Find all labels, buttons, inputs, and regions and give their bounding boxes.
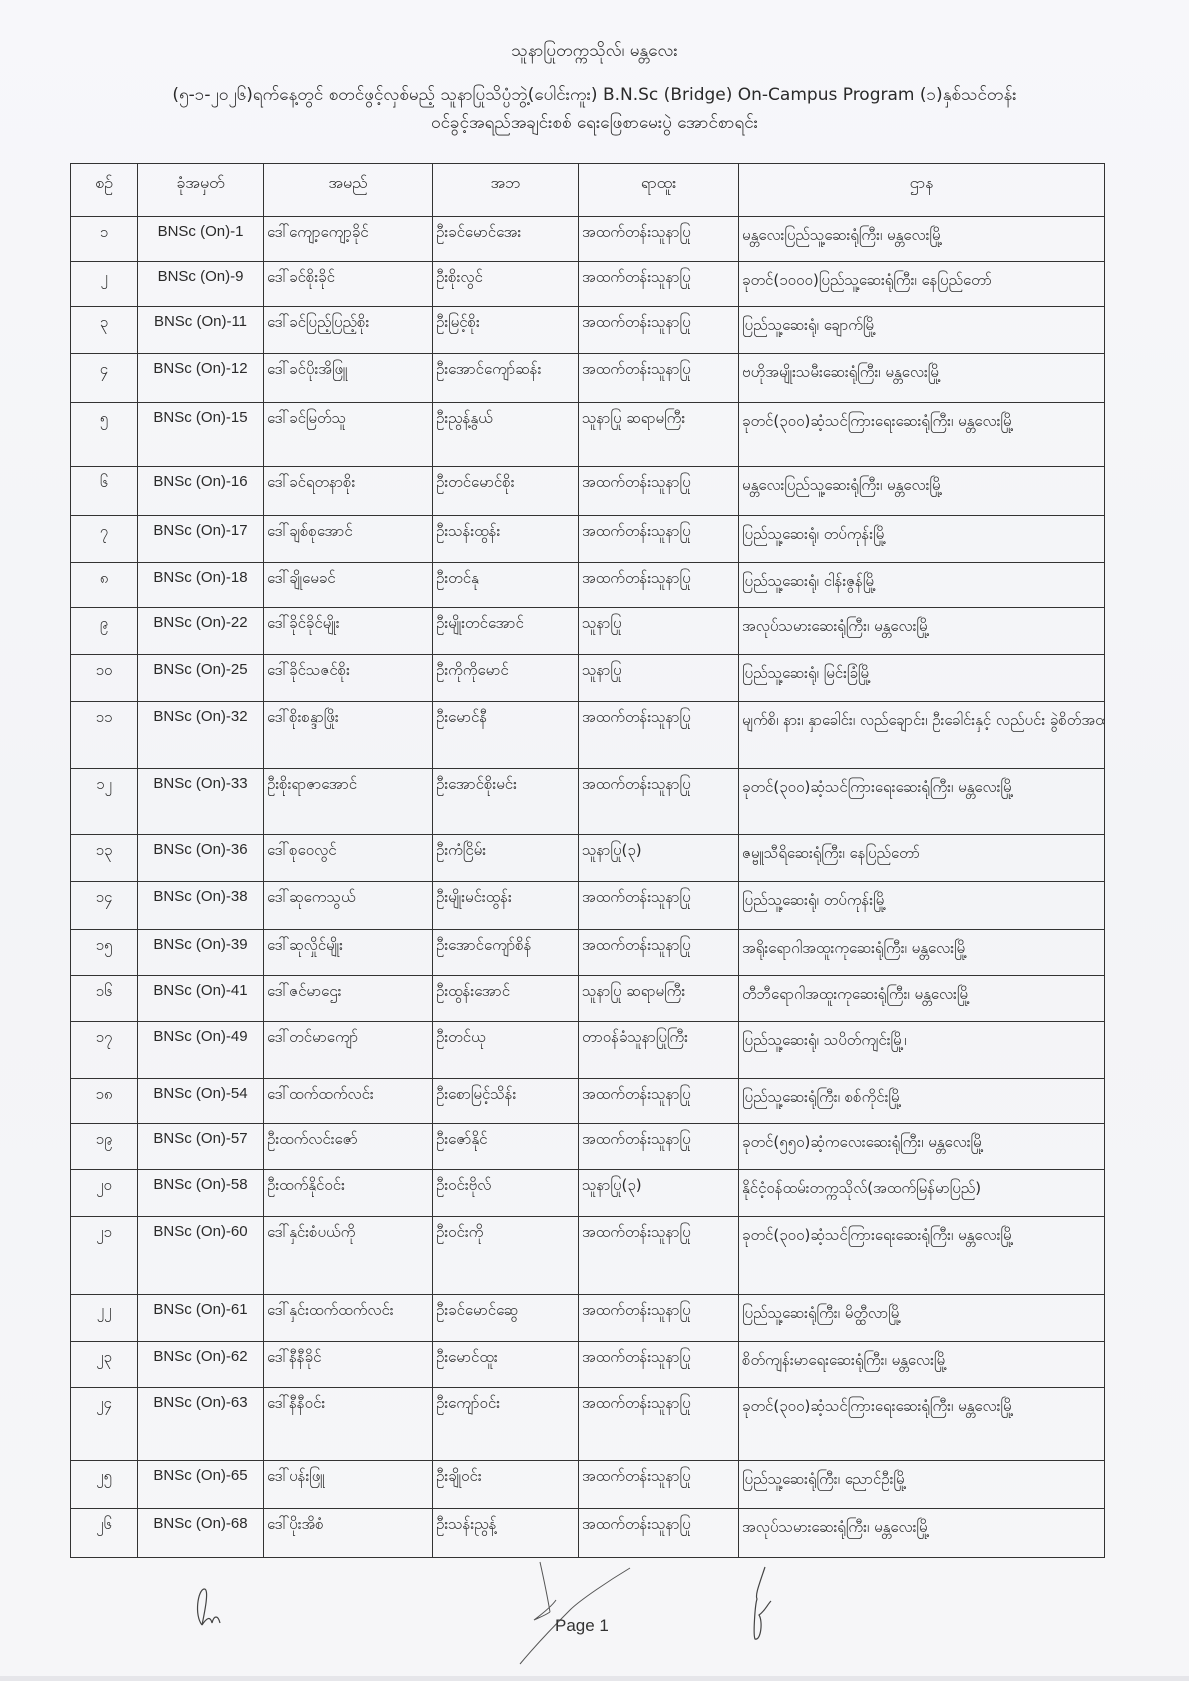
serial-cell: ၂၂ <box>71 1295 138 1342</box>
name-cell: ဦးစိုးရာဇာအောင် <box>264 769 433 835</box>
table-header-row: စဉ် ခုံအမှတ် အမည် အဘ ရာထူး ဌာန <box>71 164 1105 217</box>
rank-cell: အထက်တန်းသူနာပြု <box>579 1079 739 1124</box>
rank-cell: အထက်တန်းသူနာပြု <box>579 882 739 930</box>
name-cell: ဒေါ်ခင်စိုးခိုင် <box>264 262 433 307</box>
name-cell: ဒေါ်ထက်ထက်လင်း <box>264 1079 433 1124</box>
serial-cell: ၁ <box>71 217 138 262</box>
table-row: ၁၀BNSc (On)-25ဒေါ်ခိုင်သဇင်စိုးဦးကိုကိုမ… <box>71 655 1105 702</box>
department-cell: ခုတင်(၅၅၀)ဆံ့ကလေးဆေးရုံကြီး၊ မန္တလေးမြို… <box>739 1124 1105 1170</box>
table-row: ၁၅BNSc (On)-39ဒေါ်ဆုလှိုင်မျိုးဦးအောင်ကျ… <box>71 930 1105 976</box>
rank-cell: သူနာပြု(၃) <box>579 835 739 882</box>
serial-cell: ၂၅ <box>71 1461 138 1509</box>
serial-cell: ၁၅ <box>71 930 138 976</box>
signature-center <box>500 1560 660 1670</box>
department-cell: ခုတင်(၃၀၀)ဆံ့သင်ကြားရေးဆေးရုံကြီး၊ မန္တလ… <box>739 1217 1105 1295</box>
serial-cell: ၆ <box>71 467 138 516</box>
name-cell: ဒေါ်ခင်မြတ်သူ <box>264 403 433 467</box>
seat-no-cell: BNSc (On)-60 <box>138 1217 264 1295</box>
seat-no-cell: BNSc (On)-22 <box>138 608 264 655</box>
seat-no-cell: BNSc (On)-54 <box>138 1079 264 1124</box>
table-row: ၃BNSc (On)-11ဒေါ်ခင်ပြည့်ပြည့်စိုးဦးမြင့… <box>71 307 1105 354</box>
seat-no-cell: BNSc (On)-16 <box>138 467 264 516</box>
father-name-cell: ဦးဇော်နိုင် <box>433 1124 579 1170</box>
rank-cell: သူနာပြု <box>579 655 739 702</box>
exam-title: (၅-၁-၂၀၂၆)ရက်နေ့တွင် စတင်ဖွင့်လှစ်မည့် သ… <box>0 84 1189 109</box>
serial-cell: ၃ <box>71 307 138 354</box>
department-cell: အရိုးရောဂါအထူးကုဆေးရုံကြီး၊ မန္တလေးမြို့ <box>739 930 1105 976</box>
table-row: ၁BNSc (On)-1ဒေါ်ကျော့ကျော့ခိုင်ဦးခင်မောင… <box>71 217 1105 262</box>
seat-no-cell: BNSc (On)-61 <box>138 1295 264 1342</box>
father-name-cell: ဦးသန်းထွန်း <box>433 516 579 563</box>
table-row: ၁၄BNSc (On)-38ဒေါ်ဆုကေသွယ်ဦးမျိုးမင်းထွန… <box>71 882 1105 930</box>
department-cell: ပြည်သူ့ဆေးရုံ၊ မြင်းခြံမြို့ <box>739 655 1105 702</box>
table-row: ၆BNSc (On)-16ဒေါ်ခင်ရတနာစိုးဦးတင်မောင်စိ… <box>71 467 1105 516</box>
department-cell: အလုပ်သမားဆေးရုံကြီး၊ မန္တလေးမြို့ <box>739 1509 1105 1558</box>
table-row: ၂BNSc (On)-9ဒေါ်ခင်စိုးခိုင်ဦးစိုးလွင်အထ… <box>71 262 1105 307</box>
name-cell: ဒေါ်ဇင်မာဌေး <box>264 976 433 1022</box>
serial-cell: ၂၃ <box>71 1342 138 1388</box>
father-name-cell: ဦးအောင်ကျော်စိန် <box>433 930 579 976</box>
pass-list-table: စဉ် ခုံအမှတ် အမည် အဘ ရာထူး ဌာန ၁BNSc (On… <box>70 163 1105 1558</box>
rank-cell: အထက်တန်းသူနာပြု <box>579 307 739 354</box>
seat-no-cell: BNSc (On)-65 <box>138 1461 264 1509</box>
father-name-cell: ဦးမြင့်စိုး <box>433 307 579 354</box>
seat-no-cell: BNSc (On)-11 <box>138 307 264 354</box>
serial-cell: ၇ <box>71 516 138 563</box>
name-cell: ဒေါ်ပန်းဖြူ <box>264 1461 433 1509</box>
father-name-cell: ဦးဝင်းကို <box>433 1217 579 1295</box>
seat-no-cell: BNSc (On)-25 <box>138 655 264 702</box>
scan-edge <box>0 1676 1189 1681</box>
seat-no-cell: BNSc (On)-49 <box>138 1022 264 1079</box>
seat-no-cell: BNSc (On)-38 <box>138 882 264 930</box>
seat-no-cell: BNSc (On)-57 <box>138 1124 264 1170</box>
seat-no-cell: BNSc (On)-63 <box>138 1388 264 1461</box>
department-cell: မျက်စိ၊ နား၊ နှာခေါင်း၊ လည်ချောင်း၊ ဦးခေ… <box>739 702 1105 769</box>
department-cell: မန္တလေးပြည်သူ့ဆေးရုံကြီး၊ မန္တလေးမြို့ <box>739 217 1105 262</box>
father-name-cell: ဦးကျော်ဝင်း <box>433 1388 579 1461</box>
header-name: အမည် <box>264 164 433 217</box>
table-row: ၂၃BNSc (On)-62ဒေါ်နီနီခိုင်ဦးမောင်ထူးအထက… <box>71 1342 1105 1388</box>
serial-cell: ၉ <box>71 608 138 655</box>
table-row: ၂၀BNSc (On)-58ဦးထက်နိုင်ဝင်းဦးဝင်းဗိုလ်သ… <box>71 1170 1105 1217</box>
name-cell: ဒေါ်ဆုကေသွယ် <box>264 882 433 930</box>
table-row: ၅BNSc (On)-15ဒေါ်ခင်မြတ်သူဦးညွန့်နွယ်သူန… <box>71 403 1105 467</box>
table-row: ၇BNSc (On)-17ဒေါ်ချစ်စုအောင်ဦးသန်းထွန်းအ… <box>71 516 1105 563</box>
department-cell: ပြည်သူ့ဆေးရုံကြီး၊ မိတ္ထီလာမြို့ <box>739 1295 1105 1342</box>
department-cell: ပြည်သူ့ဆေးရုံ၊ ချောက်မြို့ <box>739 307 1105 354</box>
rank-cell: အထက်တန်းသူနာပြု <box>579 930 739 976</box>
name-cell: ဒေါ်ပိုးအိစံ <box>264 1509 433 1558</box>
name-cell: ဒေါ်ဆုလှိုင်မျိုး <box>264 930 433 976</box>
father-name-cell: ဦးကံငြိမ်း <box>433 835 579 882</box>
department-cell: ဇမ္ဗူသီရိဆေးရုံကြီး၊ နေပြည်တော် <box>739 835 1105 882</box>
department-cell: ခုတင်(၃၀၀)ဆံ့သင်ကြားရေးဆေးရုံကြီး၊ မန္တလ… <box>739 769 1105 835</box>
table-row: ၁၃BNSc (On)-36ဒေါ်စုဝေလွင်ဦးကံငြိမ်းသူနာ… <box>71 835 1105 882</box>
rank-cell: အထက်တန်းသူနာပြု <box>579 354 739 403</box>
father-name-cell: ဦးမျိုးမင်းထွန်း <box>433 882 579 930</box>
name-cell: ဒေါ်နီနီခိုင် <box>264 1342 433 1388</box>
name-cell: ဒေါ်ခင်ပြည့်ပြည့်စိုး <box>264 307 433 354</box>
signature-left <box>190 1585 250 1635</box>
seat-no-cell: BNSc (On)-39 <box>138 930 264 976</box>
name-cell: ဒေါ်ကျော့ကျော့ခိုင် <box>264 217 433 262</box>
rank-cell: အထက်တန်းသူနာပြု <box>579 1295 739 1342</box>
rank-cell: အထက်တန်းသူနာပြု <box>579 262 739 307</box>
page-number: Page 1 <box>555 1616 609 1636</box>
table-row: ၁၂BNSc (On)-33ဦးစိုးရာဇာအောင်ဦးအောင်စိုး… <box>71 769 1105 835</box>
father-name-cell: ဦးထွန်းအောင် <box>433 976 579 1022</box>
department-cell: ခုတင်(၁၀၀၀)ပြည်သူ့ဆေးရုံကြီး၊ နေပြည်တော် <box>739 262 1105 307</box>
father-name-cell: ဦးကိုကိုမောင် <box>433 655 579 702</box>
name-cell: ဒေါ်စုဝေလွင် <box>264 835 433 882</box>
father-name-cell: ဦးအောင်ကျော်ဆန်း <box>433 354 579 403</box>
serial-cell: ၁၄ <box>71 882 138 930</box>
serial-cell: ၁၆ <box>71 976 138 1022</box>
seat-no-cell: BNSc (On)-62 <box>138 1342 264 1388</box>
table-row: ၂၄BNSc (On)-63ဒေါ်နီနီဝင်းဦးကျော်ဝင်းအထက… <box>71 1388 1105 1461</box>
name-cell: ဒေါ်တင်မာကျော် <box>264 1022 433 1079</box>
father-name-cell: ဦးစောမြင့်သိန်း <box>433 1079 579 1124</box>
department-cell: ပြည်သူ့ဆေးရုံ၊ တပ်ကုန်းမြို့ <box>739 516 1105 563</box>
result-list-title: ဝင်ခွင့်အရည်အချင်းစစ် ရေးဖြေစာမေးပွဲ အော… <box>0 112 1189 137</box>
seat-no-cell: BNSc (On)-68 <box>138 1509 264 1558</box>
rank-cell: အထက်တန်းသူနာပြု <box>579 217 739 262</box>
rank-cell: အထက်တန်းသူနာပြု <box>579 1461 739 1509</box>
rank-cell: အထက်တန်းသူနာပြု <box>579 563 739 608</box>
table-row: ၁၉BNSc (On)-57ဦးထက်လင်းဇော်ဦးဇော်နိုင်အထ… <box>71 1124 1105 1170</box>
department-cell: ပြည်သူ့ဆေးရုံ၊ သပိတ်ကျင်းမြို့၊ <box>739 1022 1105 1079</box>
father-name-cell: ဦးသန်းညွန့် <box>433 1509 579 1558</box>
father-name-cell: ဦးတင်ယု <box>433 1022 579 1079</box>
table-row: ၈BNSc (On)-18ဒေါ်ချိုမေခင်ဦးတင်နုအထက်တန်… <box>71 563 1105 608</box>
serial-cell: ၁၈ <box>71 1079 138 1124</box>
father-name-cell: ဦးညွန့်နွယ် <box>433 403 579 467</box>
serial-cell: ၁၇ <box>71 1022 138 1079</box>
father-name-cell: ဦးချိုဝင်း <box>433 1461 579 1509</box>
department-cell: နိုင်ငံ့ဝန်ထမ်းတက္ကသိုလ်(အထက်မြန်မာပြည်) <box>739 1170 1105 1217</box>
rank-cell: သူနာပြု <box>579 608 739 655</box>
father-name-cell: ဦးမောင်နီ <box>433 702 579 769</box>
name-cell: ဦးထက်လင်းဇော် <box>264 1124 433 1170</box>
name-cell: ဒေါ်စိုးစန္ဒာဖြိုး <box>264 702 433 769</box>
father-name-cell: ဦးတင်မောင်စိုး <box>433 467 579 516</box>
serial-cell: ၁၁ <box>71 702 138 769</box>
rank-cell: အထက်တန်းသူနာပြု <box>579 467 739 516</box>
header-serial: စဉ် <box>71 164 138 217</box>
rank-cell: အထက်တန်းသူနာပြု <box>579 1388 739 1461</box>
department-cell: အလုပ်သမားဆေးရုံကြီး၊ မန္တလေးမြို့ <box>739 608 1105 655</box>
father-name-cell: ဦးစိုးလွင် <box>433 262 579 307</box>
name-cell: ဒေါ်နှင်းထက်ထက်လင်း <box>264 1295 433 1342</box>
serial-cell: ၄ <box>71 354 138 403</box>
rank-cell: အထက်တန်းသူနာပြု <box>579 769 739 835</box>
seat-no-cell: BNSc (On)-15 <box>138 403 264 467</box>
seat-no-cell: BNSc (On)-32 <box>138 702 264 769</box>
department-cell: ခုတင်(၃၀၀)ဆံ့သင်ကြားရေးဆေးရုံကြီး၊ မန္တလ… <box>739 1388 1105 1461</box>
serial-cell: ၈ <box>71 563 138 608</box>
serial-cell: ၁၂ <box>71 769 138 835</box>
rank-cell: အထက်တန်းသူနာပြု <box>579 702 739 769</box>
serial-cell: ၂ <box>71 262 138 307</box>
seat-no-cell: BNSc (On)-58 <box>138 1170 264 1217</box>
header-seat-no: ခုံအမှတ် <box>138 164 264 217</box>
seat-no-cell: BNSc (On)-36 <box>138 835 264 882</box>
serial-cell: ၁၉ <box>71 1124 138 1170</box>
name-cell: ဒေါ်ခိုင်သဇင်စိုး <box>264 655 433 702</box>
name-cell: ဒေါ်ချိုမေခင် <box>264 563 433 608</box>
rank-cell: တာဝန်ခံသူနာပြုကြီး <box>579 1022 739 1079</box>
seat-no-cell: BNSc (On)-41 <box>138 976 264 1022</box>
department-cell: ပြည်သူ့ဆေးရုံကြီး၊ ညောင်ဦးမြို့ <box>739 1461 1105 1509</box>
table-row: ၁၁BNSc (On)-32ဒေါ်စိုးစန္ဒာဖြိုးဦးမောင်န… <box>71 702 1105 769</box>
department-cell: တီဘီရောဂါအထူးကုဆေးရုံကြီး၊ မန္တလေးမြို့ <box>739 976 1105 1022</box>
father-name-cell: ဦးမျိုးတင်အောင် <box>433 608 579 655</box>
serial-cell: ၂၄ <box>71 1388 138 1461</box>
department-cell: ဗဟိုအမျိုးသမီးဆေးရုံကြီး၊ မန္တလေးမြို့ <box>739 354 1105 403</box>
serial-cell: ၅ <box>71 403 138 467</box>
table-row: ၂၆BNSc (On)-68ဒေါ်ပိုးအိစံဦးသန်းညွန့်အထက… <box>71 1509 1105 1558</box>
table-row: ၄BNSc (On)-12ဒေါ်ခင်ပိုးအိဖြူဦးအောင်ကျော… <box>71 354 1105 403</box>
name-cell: ဒေါ်ခင်ပိုးအိဖြူ <box>264 354 433 403</box>
department-cell: စိတ်ကျန်းမာရေးဆေးရုံကြီး၊ မန္တလေးမြို့ <box>739 1342 1105 1388</box>
rank-cell: အထက်တန်းသူနာပြု <box>579 516 739 563</box>
rank-cell: သူနာပြု(၃) <box>579 1170 739 1217</box>
department-cell: ခုတင်(၃၀၀)ဆံ့သင်ကြားရေးဆေးရုံကြီး၊ မန္တလ… <box>739 403 1105 467</box>
rank-cell: သူနာပြု ဆရာမကြီး <box>579 403 739 467</box>
seat-no-cell: BNSc (On)-18 <box>138 563 264 608</box>
rank-cell: အထက်တန်းသူနာပြု <box>579 1342 739 1388</box>
table-row: ၁၇BNSc (On)-49ဒေါ်တင်မာကျော်ဦးတင်ယုတာဝန်… <box>71 1022 1105 1079</box>
father-name-cell: ဦးဝင်းဗိုလ် <box>433 1170 579 1217</box>
father-name-cell: ဦးခင်မောင်ဆွေ <box>433 1295 579 1342</box>
department-cell: ပြည်သူ့ဆေးရုံ၊ တပ်ကုန်းမြို့ <box>739 882 1105 930</box>
table-row: ၂၂BNSc (On)-61ဒေါ်နှင်းထက်ထက်လင်းဦးခင်မေ… <box>71 1295 1105 1342</box>
serial-cell: ၂၁ <box>71 1217 138 1295</box>
rank-cell: အထက်တန်းသူနာပြု <box>579 1509 739 1558</box>
table-row: ၂၁BNSc (On)-60ဒေါ်နှင်းစံပယ်ကိုဦးဝင်းကို… <box>71 1217 1105 1295</box>
seat-no-cell: BNSc (On)-17 <box>138 516 264 563</box>
header-father: အဘ <box>433 164 579 217</box>
name-cell: ဒေါ်ချစ်စုအောင် <box>264 516 433 563</box>
institution-title: သူနာပြုတက္ကသိုလ်၊ မန္တလေး <box>0 40 1189 65</box>
signature-right <box>745 1565 785 1645</box>
table-row: ၂၅BNSc (On)-65ဒေါ်ပန်းဖြူဦးချိုဝင်းအထက်တ… <box>71 1461 1105 1509</box>
father-name-cell: ဦးမောင်ထူး <box>433 1342 579 1388</box>
father-name-cell: ဦးတင်နု <box>433 563 579 608</box>
seat-no-cell: BNSc (On)-33 <box>138 769 264 835</box>
rank-cell: အထက်တန်းသူနာပြု <box>579 1124 739 1170</box>
department-cell: မန္တလေးပြည်သူ့ဆေးရုံကြီး၊ မန္တလေးမြို့ <box>739 467 1105 516</box>
father-name-cell: ဦးခင်မောင်အေး <box>433 217 579 262</box>
seat-no-cell: BNSc (On)-9 <box>138 262 264 307</box>
seat-no-cell: BNSc (On)-12 <box>138 354 264 403</box>
table-row: ၁၆BNSc (On)-41ဒေါ်ဇင်မာဌေးဦးထွန်းအောင်သူ… <box>71 976 1105 1022</box>
name-cell: ဒေါ်ခင်ရတနာစိုး <box>264 467 433 516</box>
department-cell: ပြည်သူ့ဆေးရုံကြီး၊ စစ်ကိုင်းမြို့ <box>739 1079 1105 1124</box>
name-cell: ဒေါ်ခိုင်ခိုင်မျိုး <box>264 608 433 655</box>
name-cell: ဒေါ်နီနီဝင်း <box>264 1388 433 1461</box>
seat-no-cell: BNSc (On)-1 <box>138 217 264 262</box>
serial-cell: ၂၆ <box>71 1509 138 1558</box>
rank-cell: သူနာပြု ဆရာမကြီး <box>579 976 739 1022</box>
rank-cell: အထက်တန်းသူနာပြု <box>579 1217 739 1295</box>
table-row: ၉BNSc (On)-22ဒေါ်ခိုင်ခိုင်မျိုးဦးမျိုးတ… <box>71 608 1105 655</box>
serial-cell: ၂၀ <box>71 1170 138 1217</box>
header-department: ဌာန <box>739 164 1105 217</box>
father-name-cell: ဦးအောင်စိုးမင်း <box>433 769 579 835</box>
header-rank: ရာထူး <box>579 164 739 217</box>
name-cell: ဒေါ်နှင်းစံပယ်ကို <box>264 1217 433 1295</box>
table-row: ၁၈BNSc (On)-54ဒေါ်ထက်ထက်လင်းဦးစောမြင့်သိ… <box>71 1079 1105 1124</box>
name-cell: ဦးထက်နိုင်ဝင်း <box>264 1170 433 1217</box>
department-cell: ပြည်သူ့ဆေးရုံ၊ ငါန်းဇွန်မြို့ <box>739 563 1105 608</box>
serial-cell: ၁၃ <box>71 835 138 882</box>
serial-cell: ၁၀ <box>71 655 138 702</box>
